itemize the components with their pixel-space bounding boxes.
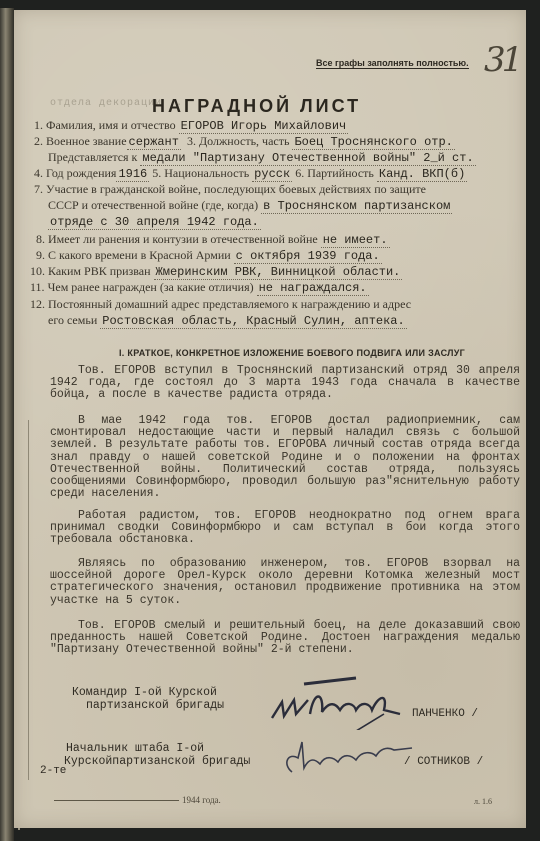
field-nominated-for: Представляется к медали "Партизану Отече… xyxy=(48,150,476,165)
chief-of-staff-title: Начальник штаба I-ой Курскойпартизанской… xyxy=(64,742,250,768)
footer-code: л. 1.6 xyxy=(474,797,492,806)
field-1-name: 1. Фамилия, имя и отчество ЕГОРОВ Игорь … xyxy=(34,118,348,133)
field-value: отряде с 30 апреля 1942 года. xyxy=(48,215,261,230)
merit-paragraph: Являясь по образованию инженером, тов. Е… xyxy=(50,558,520,607)
field-value: Боец Троснянского отр. xyxy=(292,135,454,150)
field-value: медали "Партизану Отечественной войны" 2… xyxy=(140,151,475,166)
section-heading: I. КРАТКОЕ, КОНКРЕТНОЕ ИЗЛОЖЕНИЕ БОЕВОГО… xyxy=(119,348,465,358)
handwritten-page-number: 31 xyxy=(484,40,519,80)
field-7-participation: 7. Участие в гражданской войне, последую… xyxy=(34,182,426,197)
binding-edge xyxy=(0,8,14,841)
field-value: Канд. ВКП(б) xyxy=(377,167,467,182)
field-4-5-6: 4. Год рождения1916 5. Национальность ру… xyxy=(34,166,467,181)
field-value: ЕГОРОВ Игорь Михайлович xyxy=(179,119,349,134)
field-10-draft-office: 10. Каким РВК призван Жмеринским РВК, Ви… xyxy=(30,264,402,279)
document-title: НАГРАДНОЙ ЛИСТ xyxy=(152,96,361,117)
merit-paragraph: Работая радистом, тов. ЕГОРОВ неоднократ… xyxy=(50,510,520,547)
field-11-prior-awards: 11. Чем ранее награжден (за какие отличи… xyxy=(30,280,369,295)
field-value: в Троснянском партизанском xyxy=(261,199,452,214)
field-value: не награждался. xyxy=(257,281,369,296)
field-value: Ростовская область, Красный Сулин, аптек… xyxy=(100,314,406,329)
field-value: 1916 xyxy=(116,167,149,182)
chief-of-staff-name: / СОТНИКОВ / xyxy=(404,756,483,768)
merit-paragraph: В мае 1942 года тов. ЕГОРОВ достал радио… xyxy=(50,415,520,500)
field-value: сержант xyxy=(127,135,181,150)
field-value: русск xyxy=(252,167,292,182)
date-blank-line xyxy=(54,800,179,801)
field-12-address: 12. Постоянный домашний адрес представля… xyxy=(30,297,411,312)
margin-rule xyxy=(28,420,29,780)
award-sheet-page: Все графы заполнять полностью. 31 отдела… xyxy=(14,10,526,828)
field-value: Жмеринским РВК, Винницкой области. xyxy=(154,265,403,280)
commander-name: ПАНЧЕНКО / xyxy=(412,708,478,720)
copies-note: 2-те xyxy=(40,765,66,777)
field-value: не имеет. xyxy=(321,233,390,248)
field-7-participation-cont: СССР и отечественной войне (где, когда) … xyxy=(48,198,452,213)
field-value: с октября 1939 года. xyxy=(234,249,382,264)
instruction-note: Все графы заполнять полностью. xyxy=(316,58,469,69)
footer-date: 1944 года. xyxy=(54,795,221,805)
merit-paragraph: Тов. ЕГОРОВ смелый и решительный боец, н… xyxy=(50,620,520,657)
field-7-participation-value2: отряде с 30 апреля 1942 года. xyxy=(48,214,261,229)
field-8-wounds: 8. Имеет ли ранения и контузии в отечест… xyxy=(36,232,390,247)
commander-title: Командир I-ой Курской партизанской брига… xyxy=(72,686,224,712)
field-12-address-cont: его семьи Ростовская область, Красный Су… xyxy=(48,313,407,328)
field-9-service-since: 9. С какого времени в Красной Армии с ок… xyxy=(36,248,382,263)
chief-of-staff-signature xyxy=(280,738,420,778)
field-2-3-rank-position: 2. Военное званиесержант 3. Должность, ч… xyxy=(34,134,455,149)
commander-signature xyxy=(264,670,414,730)
merit-paragraph: Тов. ЕГОРОВ вступил в Троснянский партиз… xyxy=(50,365,520,402)
